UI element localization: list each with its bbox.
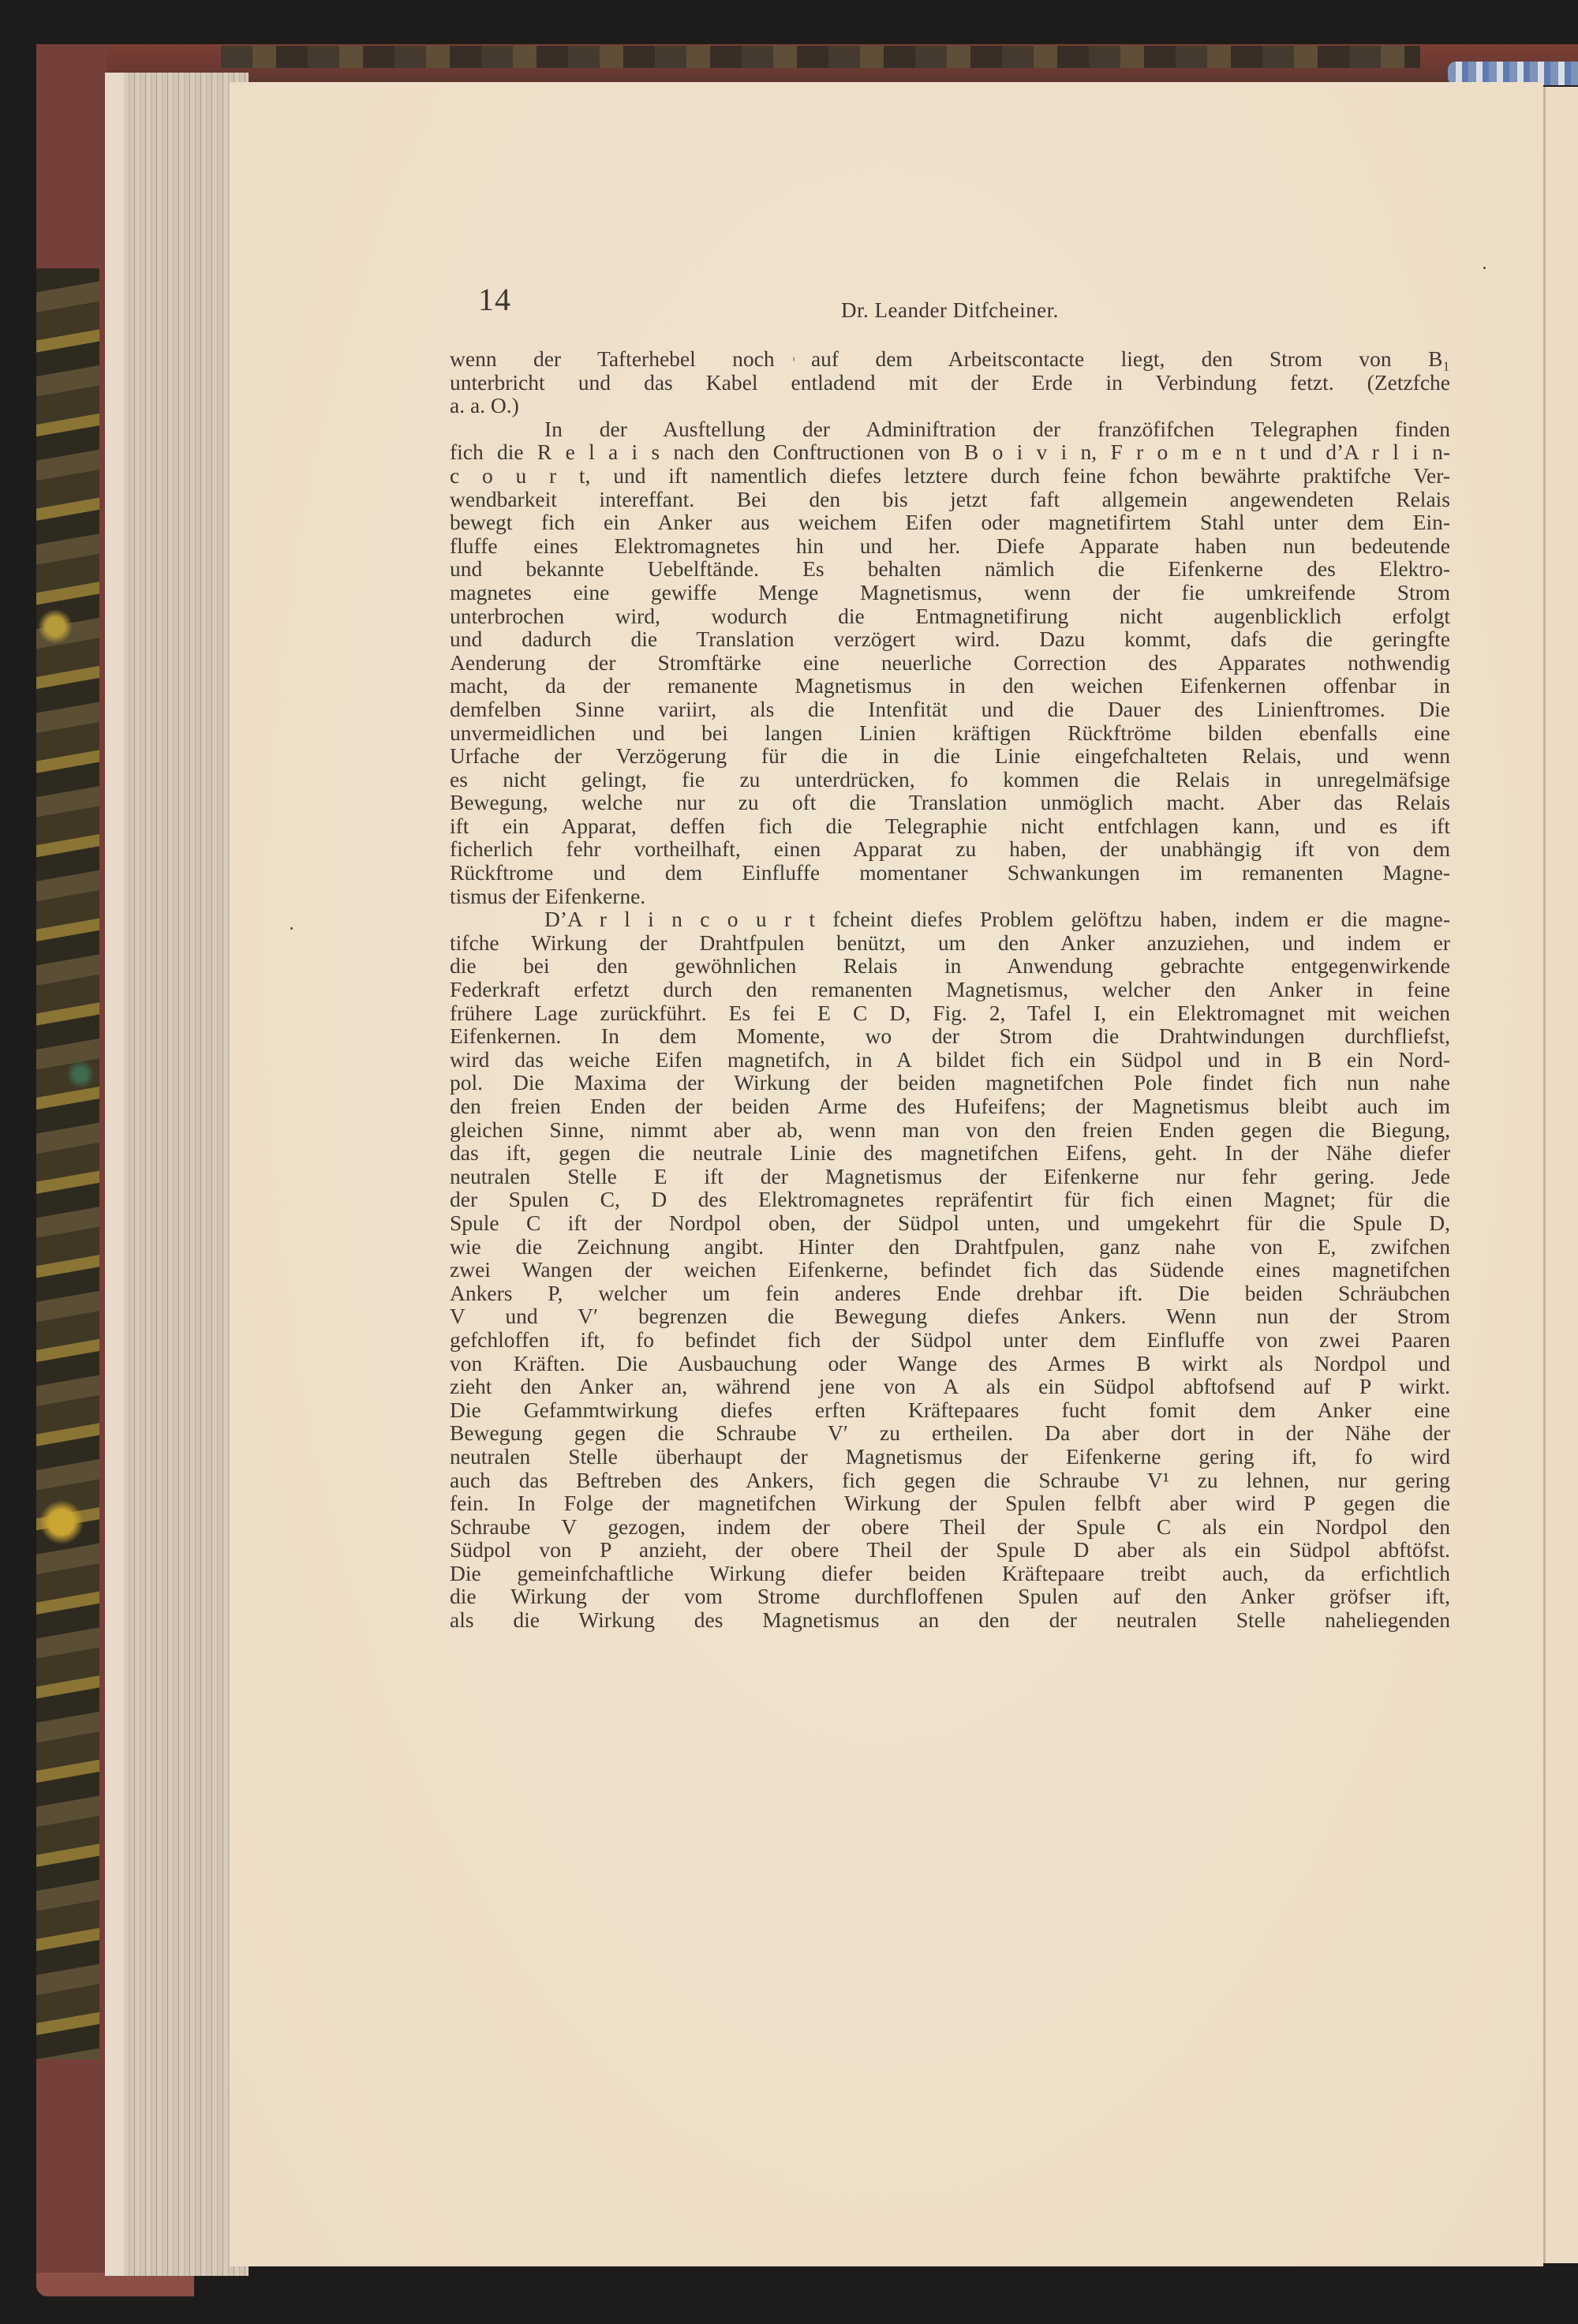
text-line: Eifenkernen. In dem Momente, wo der Stro… [450, 1024, 1450, 1048]
text-line: als die Wirkung des Magnetismus an den d… [450, 1608, 1450, 1632]
text-line: unterbrochen wird, wodurch die Entmagnet… [450, 604, 1450, 628]
text-line: neutralen Stelle E ift der Magnetismus d… [450, 1165, 1450, 1188]
text-line: pol. Die Maxima der Wirkung der beiden m… [450, 1071, 1450, 1095]
text-line: macht, da der remanente Magnetismus in d… [450, 674, 1450, 698]
text-line: Urfache der Verzögerung für die in die L… [450, 744, 1450, 768]
text-line: neutralen Stelle überhaupt der Magnetism… [450, 1445, 1450, 1469]
text-line: c o u r t, und ift namentlich diefes let… [450, 464, 1450, 488]
text-line: der Spulen C, D des Elektromagnetes repr… [450, 1188, 1450, 1211]
text-line: frühere Lage zurückführt. Es fei E C D, … [450, 1001, 1450, 1025]
text-line: Aenderung der Stromftärke eine neuerlich… [450, 651, 1450, 675]
text-line: es nicht gelingt, fie zu unterdrücken, f… [450, 768, 1450, 792]
text-line: das ift, gegen die neutrale Linie des ma… [450, 1141, 1450, 1165]
text-line: ift ein Apparat, deffen fich die Telegra… [450, 814, 1450, 838]
text-line: demfelben Sinne variirt, als die Intenfi… [450, 698, 1450, 721]
paper-speck [1483, 267, 1486, 269]
text-line: Ankers P, welcher um fein anderes Ende d… [450, 1282, 1450, 1305]
facing-page-edge [1543, 87, 1578, 2263]
marbled-board-left [36, 268, 99, 2060]
text-line: zwei Wangen der weichen Eifenkerne, befi… [450, 1258, 1450, 1282]
text-line: gleichen Sinne, nimmt aber ab, wenn man … [450, 1118, 1450, 1142]
text-line: Die Gefammtwirkung diefes erften Kräftep… [450, 1398, 1450, 1422]
text-line: und dadurch die Translation verzögert wi… [450, 627, 1450, 651]
paper-speck [290, 927, 293, 930]
page-edges-stack [105, 73, 249, 2276]
page-number: 14 [478, 281, 511, 318]
text-line: auch das Beftreben des Ankers, fich gege… [450, 1469, 1450, 1492]
text-line: wird das weiche Eifen magnetifch, in A b… [450, 1048, 1450, 1072]
text-line: fluffe eines Elektromagnetes hin und her… [450, 534, 1450, 558]
text-line: wendbarkeit intereffant. Bei den bis jet… [450, 488, 1450, 511]
leather-corner-bottom [36, 2273, 194, 2296]
text-line: Schraube V gezogen, indem der obere Thei… [450, 1515, 1450, 1539]
text-line: bewegt fich ein Anker aus weichem Eifen … [450, 511, 1450, 534]
text-line: Südpol von P anzieht, der obere Theil de… [450, 1538, 1450, 1562]
marbled-board-top [221, 46, 1420, 68]
text-line: unvermeidlichen und bei langen Linien kr… [450, 721, 1450, 745]
text-line: Rückftrome und dem Einfluffe momentaner … [450, 861, 1450, 885]
text-line: Bewegung, welche nur zu oft die Translat… [450, 791, 1450, 814]
text-line: unterbricht und das Kabel entladend mit … [450, 371, 1450, 395]
text-line: von Kräften. Die Ausbauchung oder Wange … [450, 1352, 1450, 1375]
text-line: Spule C ift der Nordpol oben, der Südpol… [450, 1211, 1450, 1235]
body-text: wenn der Tafterhebel noch auf dem Arbeit… [450, 347, 1450, 1632]
text-line: D’A r l i n c o u r t fcheint diefes Pro… [450, 908, 1450, 931]
text-line: gefchloffen ift, fo befindet fich der Sü… [450, 1328, 1450, 1352]
text-line: V und V′ begrenzen die Bewegung diefes A… [450, 1304, 1450, 1328]
running-head: 14 Dr. Leander Ditfcheiner. [478, 281, 1449, 320]
text-line: tifche Wirkung der Drahtfpulen benützt, … [450, 931, 1450, 955]
text-line: Die gemeinfchaftliche Wirkung diefer bei… [450, 1562, 1450, 1585]
text-line: zieht den Anker an, während jene von A a… [450, 1375, 1450, 1398]
paper-speck [793, 357, 795, 361]
text-line: die Wirkung der vom Strome durchfloffene… [450, 1585, 1450, 1608]
text-line: Bewegung gegen die Schraube V′ zu erthei… [450, 1421, 1450, 1445]
text-line: Federkraft erfetzt durch den remanenten … [450, 978, 1450, 1001]
text-line: wenn der Tafterhebel noch auf dem Arbeit… [450, 347, 1450, 371]
text-line: fich die R e l a i s nach den Conftructi… [450, 440, 1450, 464]
text-line: tismus der Eifenkerne. [450, 885, 1450, 908]
text-line: ficherlich fehr vortheilhaft, einen Appa… [450, 837, 1450, 861]
running-title: Dr. Leander Ditfcheiner. [841, 298, 1059, 323]
text-line: die bei den gewöhnlichen Relais in Anwen… [450, 954, 1450, 978]
text-line: den freien Enden der beiden Arme des Huf… [450, 1095, 1450, 1118]
text-line: a. a. O.) [450, 394, 1450, 417]
text-line: und bekannte Uebelftände. Es behalten nä… [450, 557, 1450, 581]
text-line: magnetes eine gewiffe Menge Magnetismus,… [450, 581, 1450, 604]
text-line: fein. In Folge der magnetifchen Wirkung … [450, 1491, 1450, 1515]
text-line: In der Ausftellung der Adminiftration de… [450, 417, 1450, 441]
text-line: wie die Zeichnung angibt. Hinter den Dra… [450, 1235, 1450, 1259]
